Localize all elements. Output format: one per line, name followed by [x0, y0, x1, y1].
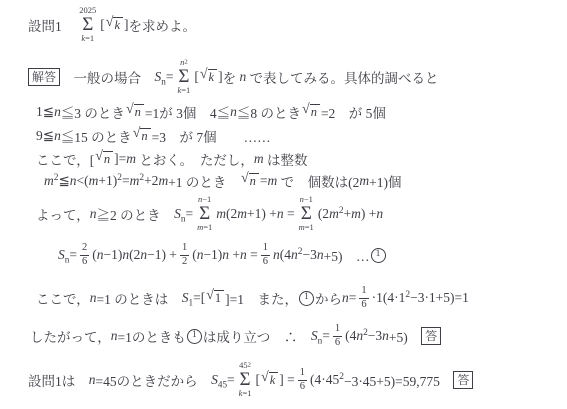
superscript: 2 — [54, 173, 59, 183]
circled-number: 1 — [371, 248, 386, 263]
text: を — [223, 67, 240, 87]
boxed-label: 答 — [421, 327, 441, 346]
line-problem-statement: 設問1 2025Σk=1[√k]を求めよ。 — [28, 4, 196, 46]
text: =1 — [242, 389, 251, 399]
superscript: 2 — [248, 362, 251, 370]
math-variable: n — [70, 173, 77, 189]
line-conclusion: したがって，n=1のときも1は成り立つ ∴ Sn=16(4n2−3n+5) 答 — [30, 318, 441, 354]
sigma-icon: Σ — [240, 371, 251, 389]
math-variable: n — [222, 247, 229, 263]
superscript: 2 — [405, 290, 410, 300]
radical-icon: √ — [95, 150, 103, 165]
line-case-sqrt-3: 9≦n≦15 のとき√n=3 が 7個 …… — [36, 124, 271, 148]
math-variable-subscripted: Sn — [174, 206, 185, 222]
denominator: 6 — [333, 336, 342, 349]
text: −3·45+5)=59,775 — [344, 370, 453, 390]
text: =1 — [305, 223, 314, 233]
radicand: n — [103, 151, 113, 168]
math-variable-subscripted: S45 — [211, 372, 227, 388]
summation: n−1Σm=1 — [299, 195, 314, 233]
circled-number: 1 — [299, 291, 314, 306]
text: −3 — [303, 247, 317, 263]
math-variable-subscripted: S1 — [182, 290, 193, 306]
text: 一般の場合 — [60, 67, 155, 87]
fraction: 12 — [180, 242, 189, 267]
text: −1) — [103, 247, 122, 263]
math-variable: S — [311, 328, 318, 343]
fraction: 16 — [298, 367, 307, 392]
text: = — [185, 206, 193, 222]
text: = — [247, 247, 258, 263]
math-variable: n — [376, 206, 383, 222]
square-root: √n — [95, 150, 113, 168]
math-variable: m — [329, 206, 339, 222]
line-sum-expression: よって，n≧2 のとき Sn=n−1Σm=1m(2m+1) +n =n−1Σm=… — [36, 192, 383, 236]
text: = — [69, 247, 77, 263]
text: [ — [194, 69, 199, 85]
text: =1のときも — [117, 326, 185, 346]
text: =3 が 7個 …… — [152, 126, 271, 146]
text: ·1(4·1 — [372, 290, 406, 306]
text: ≦15 のとき — [61, 126, 132, 146]
superscript: 2 — [339, 206, 344, 216]
text: ]=1 また， — [225, 288, 298, 308]
math-variable: n — [291, 247, 298, 263]
denominator: 6 — [261, 255, 270, 268]
text: +1) + — [247, 206, 277, 222]
fraction: 16 — [333, 323, 342, 348]
math-variable: n — [97, 247, 104, 263]
text: (2 — [318, 206, 329, 222]
superscript: 2 — [184, 59, 187, 67]
radicand: k — [208, 69, 218, 86]
square-root: √n — [241, 172, 259, 190]
math-variable: m — [359, 173, 369, 189]
text: −3·1+5)=1 — [410, 290, 469, 306]
square-root: √n — [133, 127, 151, 145]
math-variable-subscripted: Sn — [58, 247, 69, 263]
fraction: 26 — [80, 242, 89, 267]
superscript: 2 — [139, 173, 144, 183]
radical-icon: √ — [206, 289, 214, 304]
text: = — [260, 173, 268, 189]
numerator: 1 — [298, 367, 307, 379]
sum-lower-limit: m=1 — [197, 223, 212, 233]
math-variable: m — [126, 151, 136, 167]
math-variable: n — [140, 247, 147, 263]
math-variable: n — [89, 372, 96, 388]
math-variable: m — [89, 173, 99, 189]
math-variable: m — [254, 151, 264, 167]
radical-icon: √ — [200, 68, 208, 83]
summation: n2Σk=1 — [177, 58, 190, 96]
math-variable: m — [237, 206, 247, 222]
text: で 個数は(2 — [277, 171, 359, 191]
numerator: 2 — [80, 242, 89, 254]
text: +1)個 — [369, 171, 401, 191]
text: =[ — [193, 290, 205, 306]
radicand: 1 — [214, 290, 224, 307]
text: 設問1 — [28, 15, 75, 35]
text: 設問1は — [28, 370, 89, 390]
math-variable: n — [122, 247, 129, 263]
sum-lower-limit: k=1 — [81, 34, 94, 44]
text: −1) — [203, 247, 222, 263]
text: +5) — [389, 326, 421, 346]
line-answer-intro: 解答 一般の場合 Sn=n2Σk=1[√k]を n で表してみる。具体的調べると — [28, 55, 439, 99]
radicand: n — [249, 173, 259, 190]
radical-icon: √ — [106, 16, 114, 31]
square-root: √n — [302, 103, 320, 121]
text: + — [344, 206, 352, 222]
text: =1 — [181, 86, 190, 96]
text: = — [349, 290, 357, 306]
math-variable: n — [111, 328, 118, 344]
math-variable: m — [216, 206, 226, 222]
sum-lower-limit: m=1 — [299, 223, 314, 233]
text: ≦3 のとき — [61, 102, 125, 122]
sigma-icon: Σ — [82, 16, 93, 34]
text: ≦ — [58, 173, 69, 189]
text: = — [322, 328, 330, 344]
math-solution-document: 設問1 2025Σk=1[√k]を求めよ。解答 一般の場合 Sn=n2Σk=1[… — [0, 0, 567, 409]
text: =1 — [203, 223, 212, 233]
boxed-label: 答 — [453, 371, 473, 390]
math-variable: n — [197, 247, 204, 263]
line-count-per-m: m2≦n<(m+1)2=m2+2m+1 のとき √n=m で 個数は(2m+1)… — [44, 169, 401, 193]
math-variable: n — [273, 247, 280, 263]
fraction: 16 — [261, 242, 270, 267]
square-root: √k — [200, 68, 217, 86]
text: 9≦ — [36, 128, 54, 144]
text: + — [229, 247, 240, 263]
summation: n−1Σm=1 — [197, 195, 212, 233]
numerator: 1 — [180, 242, 189, 254]
math-variable: n — [54, 104, 61, 120]
radicand: k — [113, 17, 123, 34]
numerator: 1 — [359, 285, 368, 297]
text: ここで，[ — [36, 149, 94, 169]
summation: 2025Σk=1 — [79, 6, 96, 44]
radical-icon: √ — [126, 103, 134, 118]
math-variable: n — [240, 247, 247, 263]
text: =45のときだから — [96, 370, 212, 390]
square-root: √k — [106, 16, 123, 34]
math-variable: n — [342, 290, 349, 306]
radical-icon: √ — [261, 371, 269, 386]
math-variable: n — [277, 206, 284, 222]
text: (2 — [226, 206, 237, 222]
text: (2 — [129, 247, 140, 263]
text: −1) + — [147, 247, 177, 263]
text: =2 が 5個 — [321, 102, 386, 122]
math-variable: n — [54, 128, 61, 144]
radicand: k — [269, 372, 279, 389]
math-variable-subscripted: Sn — [155, 69, 166, 85]
square-root: √1 — [206, 289, 224, 307]
math-variable: n — [356, 328, 363, 344]
superscript: 2 — [298, 247, 303, 257]
summation: 452Σk=1 — [239, 361, 252, 399]
text: =1が 3個 4≦ — [145, 102, 230, 122]
sum-lower-limit: k=1 — [177, 86, 190, 96]
math-variable: n — [382, 328, 389, 344]
math-variable-subscripted: Sn — [311, 328, 322, 344]
text: ]= — [114, 151, 126, 167]
text: 1≦ — [36, 104, 54, 120]
subscript: 45 — [218, 380, 227, 390]
line-final-answer: 設問1は n=45のときだから S45=452Σk=1[√k] =16(4·45… — [28, 357, 473, 403]
sigma-icon: Σ — [178, 68, 189, 86]
radical-icon: √ — [241, 172, 249, 187]
text: = — [284, 206, 295, 222]
math-variable: S — [58, 247, 65, 262]
math-variable: S — [174, 206, 181, 221]
math-variable: m — [130, 173, 140, 189]
text: とおく。 ただし， — [136, 149, 254, 169]
superscript: 2 — [117, 173, 122, 183]
text: =1 のときは — [96, 288, 181, 308]
superscript: 2 — [339, 372, 344, 382]
superscript: 2 — [363, 328, 368, 338]
text: +2 — [144, 173, 158, 189]
square-root: √n — [126, 103, 144, 121]
denominator: 6 — [298, 380, 307, 393]
line-define-m: ここで，[√n]=m とおく。 ただし，m は整数 — [36, 147, 308, 171]
sigma-icon: Σ — [199, 205, 210, 223]
math-variable: m — [351, 206, 361, 222]
text: −3 — [368, 328, 382, 344]
sum-lower-limit: k=1 — [239, 389, 252, 399]
text: したがって， — [30, 326, 111, 346]
radicand: n — [310, 104, 320, 121]
text: = — [122, 173, 130, 189]
text: (4 — [345, 328, 356, 344]
text: +1) — [98, 173, 117, 189]
math-variable: m — [268, 173, 278, 189]
text: よって， — [36, 204, 90, 224]
math-variable: n — [239, 69, 246, 85]
line-closed-form-equation-1: Sn=26(n−1)n(2n−1) +12(n−1)n +n =16n(4n2−… — [58, 238, 387, 272]
line-case-sqrt-1-and-2: 1≦n≦3 のとき√n=1が 3個 4≦n≦8 のとき√n=2 が 5個 — [36, 100, 386, 124]
text: +5) … — [324, 245, 370, 265]
text: (4 — [280, 247, 291, 263]
text: は成り立つ ∴ — [203, 326, 311, 346]
denominator: 2 — [180, 255, 189, 268]
radical-icon: √ — [133, 127, 141, 142]
line-n-equals-1-check: ここで，n=1 のときは S1=[√1]=1 また，1からn=16·1(4·12… — [36, 280, 469, 316]
math-variable: m — [44, 173, 54, 189]
sigma-icon: Σ — [301, 205, 312, 223]
text: [ — [256, 372, 261, 388]
fraction: 16 — [359, 285, 368, 310]
radicand: n — [134, 104, 144, 121]
boxed-label: 解答 — [28, 68, 60, 87]
text: ) + — [361, 206, 376, 222]
text: ] = — [279, 372, 294, 388]
text: = — [166, 69, 174, 85]
text: <( — [77, 173, 89, 189]
math-variable: n — [230, 104, 237, 120]
math-variable: m — [158, 173, 168, 189]
denominator: 6 — [359, 298, 368, 311]
text: から — [315, 288, 342, 308]
math-variable: S — [211, 372, 218, 387]
text: ≧2 のとき — [96, 204, 174, 224]
math-variable: n — [90, 290, 97, 306]
radical-icon: √ — [302, 103, 310, 118]
math-variable: n — [90, 206, 97, 222]
radicand: n — [140, 128, 150, 145]
math-variable: n — [317, 247, 324, 263]
text: (4·45 — [310, 372, 339, 388]
text: ここで， — [36, 288, 90, 308]
text: は整数 — [264, 149, 308, 169]
square-root: √k — [261, 371, 278, 389]
numerator: 1 — [333, 323, 342, 335]
circled-number: 1 — [187, 329, 202, 344]
text: +1 のとき — [168, 171, 240, 191]
text: = — [227, 372, 235, 388]
denominator: 6 — [80, 255, 89, 268]
text: を求めよ。 — [129, 15, 197, 35]
text: =1 — [85, 34, 94, 44]
text: で表してみる。具体的調べると — [246, 67, 438, 87]
numerator: 1 — [261, 242, 270, 254]
text: ≦8 のとき — [237, 102, 301, 122]
text: [ — [100, 17, 105, 33]
